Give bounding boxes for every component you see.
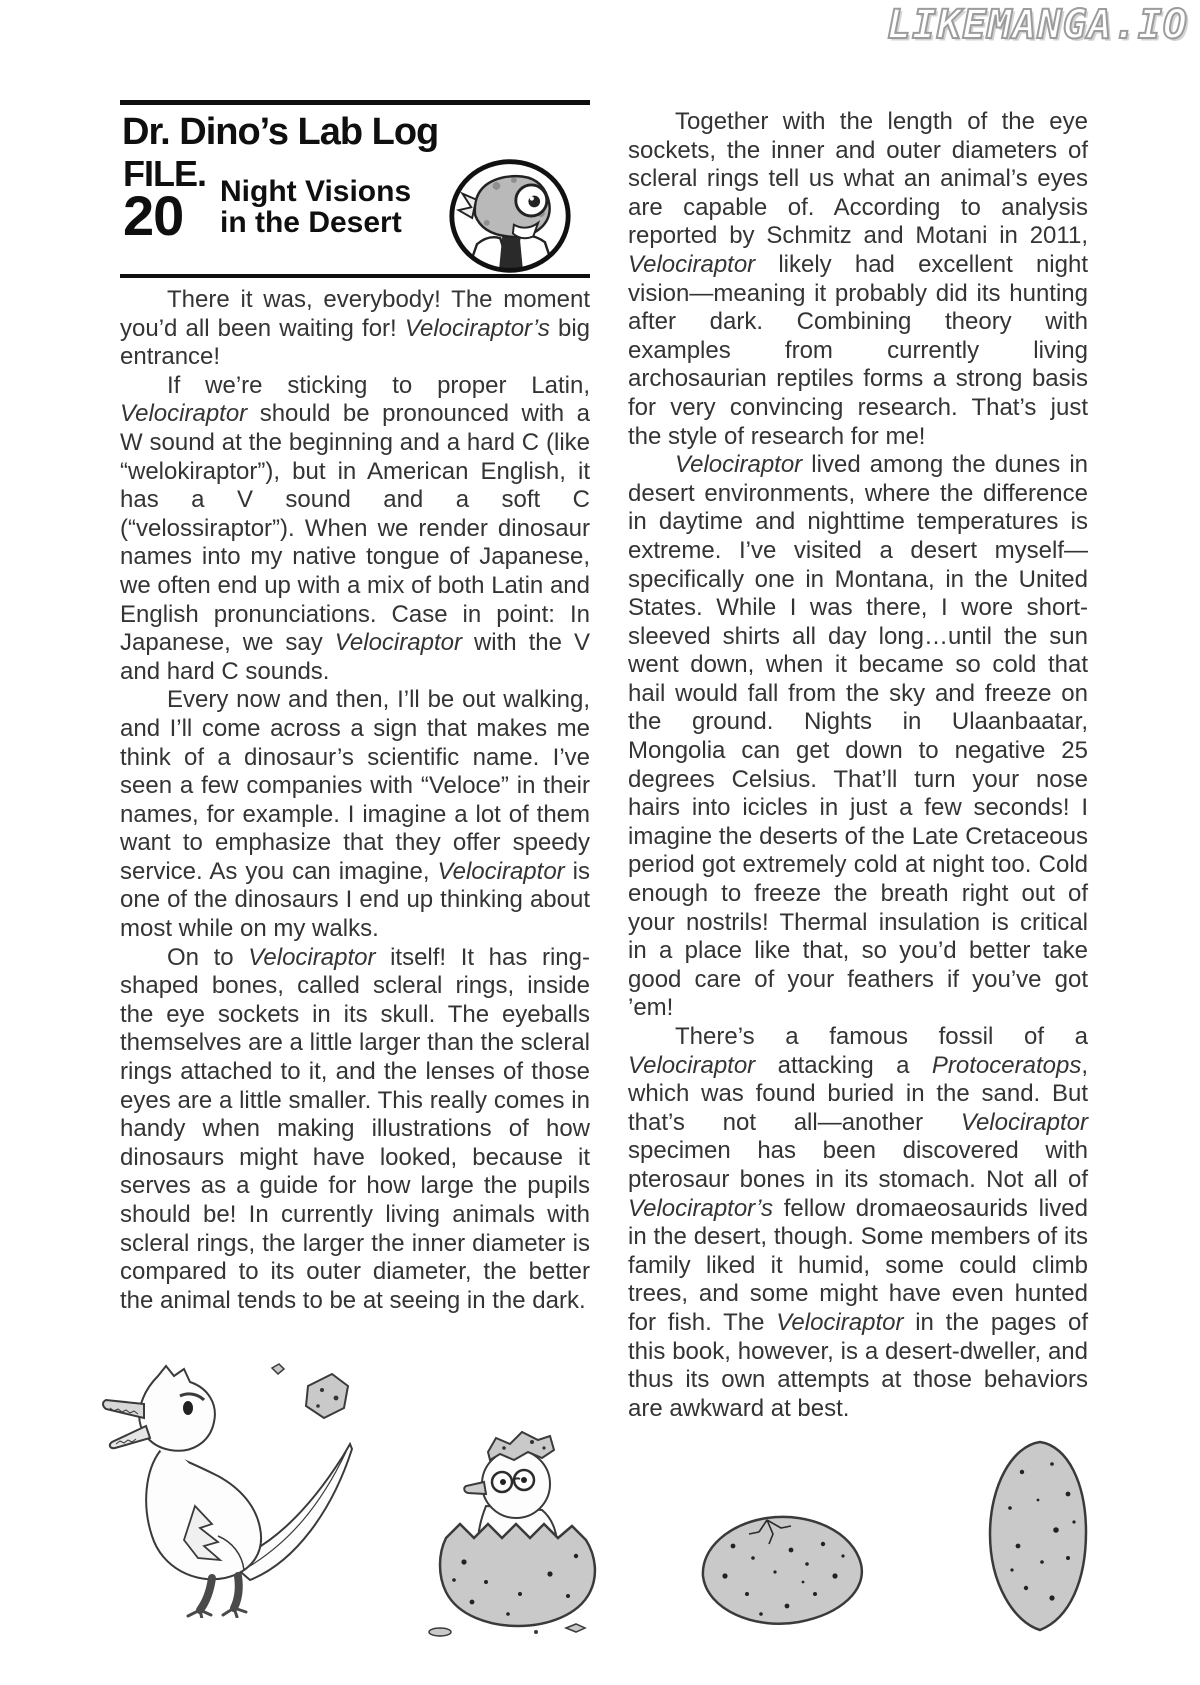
- file-block: FILE. 20: [123, 158, 206, 242]
- paragraph: There’s a famous fossil of a Velocirapto…: [628, 1023, 1088, 1423]
- dr-dino-mascot-icon: [446, 155, 574, 277]
- paragraph: Velociraptor lived among the dunes in de…: [628, 451, 1088, 1023]
- file-header: FILE. 20 Night Visions in the Desert: [120, 154, 590, 274]
- paragraph: There it was, everybody! The moment you’…: [120, 286, 590, 372]
- left-column-text: There it was, everybody! The moment you’…: [120, 286, 590, 1315]
- manga-text-page: LIKEMANGA.IO Dr. Dino’s Lab Log FILE. 20…: [0, 0, 1200, 1685]
- paragraph: On to Velociraptor itself! It has ring-s…: [120, 944, 590, 1316]
- hatching-chick-illustration: [424, 1426, 614, 1638]
- right-column-text: Together with the length of the eye sock…: [628, 108, 1088, 1423]
- series-title: Dr. Dino’s Lab Log: [122, 110, 590, 154]
- left-column: Dr. Dino’s Lab Log FILE. 20 Night Vision…: [120, 100, 590, 1315]
- paragraph: If we’re sticking to proper Latin, Veloc…: [120, 372, 590, 687]
- right-column: Together with the length of the eye sock…: [628, 108, 1088, 1423]
- paragraph: Every now and then, I’ll be out walking,…: [120, 686, 590, 943]
- episode-title-line2: in the Desert: [220, 207, 411, 238]
- site-watermark: LIKEMANGA.IO: [887, 2, 1188, 48]
- file-number: 20: [123, 190, 206, 242]
- baby-velociraptor-illustration: [100, 1356, 370, 1618]
- paragraph: Together with the length of the eye sock…: [628, 108, 1088, 451]
- egg-on-side-illustration: [695, 1498, 870, 1633]
- episode-title: Night Visions in the Desert: [220, 176, 411, 238]
- episode-title-line1: Night Visions: [220, 176, 411, 207]
- header-rule-top: [120, 100, 590, 105]
- upright-egg-illustration: [982, 1438, 1094, 1636]
